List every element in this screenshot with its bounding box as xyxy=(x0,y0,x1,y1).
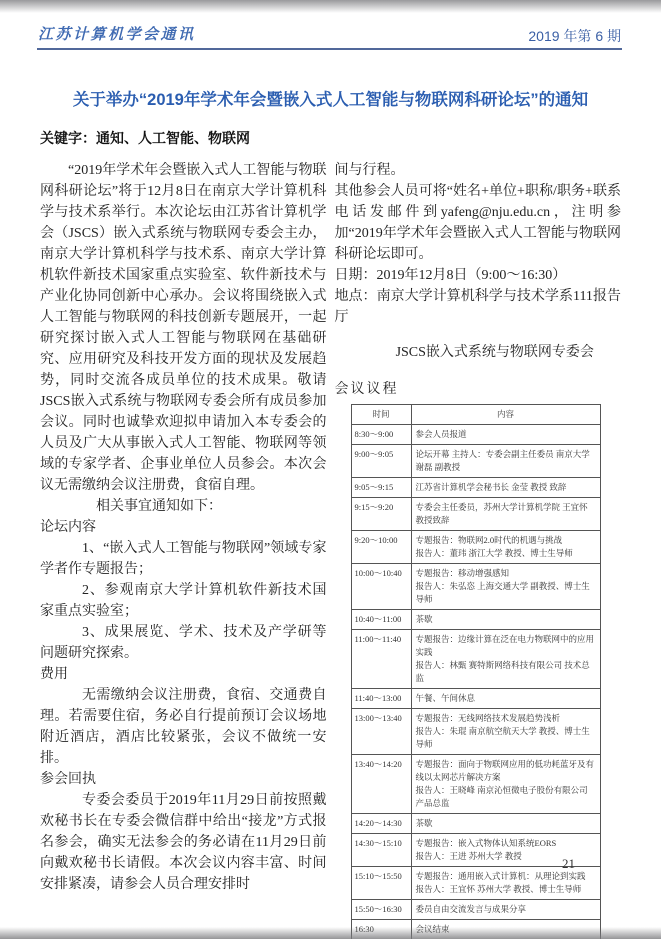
paragraph: 日期：2019年12月8日（9:00～16:30） xyxy=(335,265,622,286)
paragraph: 无需缴纳会议注册费，食宿、交通费自理。若需要住宿，务必自行提前预订会议场地附近酒… xyxy=(40,685,327,769)
schedule-content-cell: 论坛开幕 主持人：专委会副主任委员 南京大学 谢磊 副教授 xyxy=(411,445,600,478)
paragraph: 会议议程 xyxy=(335,379,622,400)
paragraph: 专委会委员于2019年11月29日前按照戴欢秘书长在专委会微信群中给出“接龙”方… xyxy=(40,790,327,895)
header-divider xyxy=(37,48,622,50)
schedule-time-cell: 15:10～15:50 xyxy=(351,867,411,900)
schedule-line: 报告人：董玮 浙江大学 教授、博士生导师 xyxy=(416,547,596,560)
right-column: 间与行程。其他参会人员可将“姓名+单位+职称/职务+联系电话发邮件到yafeng… xyxy=(335,160,622,939)
schedule-row: 8:30～9:00参会人员报道 xyxy=(351,425,600,445)
schedule-row: 11:00～11:40专题报告：边缘计算在泛在电力物联网中的应用实践报告人：林甄… xyxy=(351,630,600,689)
schedule-content-cell: 专题报告：无线网络技术发展趋势浅析报告人：朱琨 南京航空航天大学 教授、博士生导… xyxy=(411,709,600,755)
article-title: 关于举办“2019年学术年会暨嵌入式人工智能与物联网科研论坛”的通知 xyxy=(30,86,631,110)
schedule-line: 专题报告：移动增强感知 xyxy=(416,567,596,580)
schedule-row: 14:20～14:30茶歇 xyxy=(351,814,600,834)
newsletter-page: 江苏计算机学会通讯 2019 年第 6 期 关于举办“2019年学术年会暨嵌入式… xyxy=(0,0,661,939)
schedule-time-cell: 14:20～14:30 xyxy=(351,814,411,834)
paragraph: 费用 xyxy=(40,664,327,685)
schedule-time-cell: 13:40～14:20 xyxy=(351,755,411,814)
schedule-time-cell: 14:30～15:10 xyxy=(351,834,411,867)
schedule-row: 9:00～9:05论坛开幕 主持人：专委会副主任委员 南京大学 谢磊 副教授 xyxy=(351,445,600,478)
paragraph: 相关事宜通知如下： xyxy=(40,496,327,517)
schedule-line: 报告人：王晓峰 南京沁恒微电子股份有限公司 产品总监 xyxy=(416,784,596,810)
schedule-time-cell: 8:30～9:00 xyxy=(351,425,411,445)
schedule-row: 13:40～14:20专题报告：面向于物联网应用的低功耗蓝牙及有线以太网芯片解决… xyxy=(351,755,600,814)
agenda-table-head: 时间 内容 xyxy=(351,405,600,425)
schedule-row: 9:05～9:15江苏省计算机学会秘书长 金莹 教授 致辞 xyxy=(351,478,600,498)
schedule-line: 专题报告：物联网2.0时代的机遇与挑战 xyxy=(416,534,596,547)
schedule-content-cell: 江苏省计算机学会秘书长 金莹 教授 致辞 xyxy=(411,478,600,498)
schedule-content-cell: 委员自由交流发言与成果分享 xyxy=(411,900,600,920)
keywords-line: 关键字：通知、人工智能、物联网 xyxy=(40,128,250,148)
schedule-line: 报告人：王宜怀 苏州大学 教授、博士生导师 xyxy=(416,883,596,896)
schedule-line: 论坛开幕 主持人：专委会副主任委员 南京大学 谢磊 副教授 xyxy=(416,448,596,474)
schedule-line: 茶歇 xyxy=(416,817,596,830)
schedule-line: 委员自由交流发言与成果分享 xyxy=(416,903,596,916)
paragraph: 参会回执 xyxy=(40,769,327,790)
agenda-header-row: 时间 内容 xyxy=(351,405,600,425)
paragraph: 其他参会人员可将“姓名+单位+职称/职务+联系电话发邮件到yafeng@nju.… xyxy=(335,181,622,265)
schedule-row: 10:00～10:40专题报告：移动增强感知报告人：朱弘恣 上海交通大学 副教授… xyxy=(351,564,600,610)
paragraph: 2、参观南京大学计算机软件新技术国家重点实验室； xyxy=(40,580,327,622)
paragraph: 3、成果展览、学术、技术及产学研等问题研究探索。 xyxy=(40,622,327,664)
schedule-line: 专题报告：嵌入式物体认知系统EORS xyxy=(416,837,596,850)
schedule-time-cell: 15:50～16:30 xyxy=(351,900,411,920)
schedule-line: 专题报告：无线网络技术发展趋势浅析 xyxy=(416,712,596,725)
schedule-line: 报告人：朱琨 南京航空航天大学 教授、博士生导师 xyxy=(416,725,596,751)
schedule-time-cell: 10:00～10:40 xyxy=(351,564,411,610)
schedule-time-cell: 10:40～11:00 xyxy=(351,610,411,630)
schedule-content-cell: 专题报告：移动增强感知报告人：朱弘恣 上海交通大学 副教授、博士生导师 xyxy=(411,564,600,610)
schedule-time-cell: 13:00～13:40 xyxy=(351,709,411,755)
schedule-line: 报告人：朱弘恣 上海交通大学 副教授、博士生导师 xyxy=(416,580,596,606)
schedule-time-cell: 9:00～9:05 xyxy=(351,445,411,478)
schedule-row: 9:20～10:00专题报告：物联网2.0时代的机遇与挑战报告人：董玮 浙江大学… xyxy=(351,531,600,564)
agenda-header-content: 内容 xyxy=(411,405,600,425)
paragraph: JSCS嵌入式系统与物联网专委会 xyxy=(335,342,622,363)
schedule-row: 13:00～13:40专题报告：无线网络技术发展趋势浅析报告人：朱琨 南京航空航… xyxy=(351,709,600,755)
schedule-line: 专题报告：边缘计算在泛在电力物联网中的应用实践 xyxy=(416,633,596,659)
schedule-row: 15:50～16:30委员自由交流发言与成果分享 xyxy=(351,900,600,920)
schedule-line: 江苏省计算机学会秘书长 金莹 教授 致辞 xyxy=(416,481,596,494)
schedule-line: 报告人：林甄 赛特斯网络科技有限公司 技术总监 xyxy=(416,659,596,685)
paragraph: “2019年学术年会暨嵌入式人工智能与物联网科研论坛”将于12月8日在南京大学计… xyxy=(40,160,327,496)
paragraph: 1、“嵌入式人工智能与物联网”领域专家学者作专题报告； xyxy=(40,538,327,580)
schedule-row: 10:40～11:00茶歇 xyxy=(351,610,600,630)
schedule-time-cell: 11:40～13:00 xyxy=(351,689,411,709)
schedule-content-cell: 专委会主任委员，苏州大学计算机学院 王宜怀教授致辞 xyxy=(411,498,600,531)
article-body: “2019年学术年会暨嵌入式人工智能与物联网科研论坛”将于12月8日在南京大学计… xyxy=(40,160,621,939)
schedule-content-cell: 茶歇 xyxy=(411,610,600,630)
schedule-time-cell: 11:00～11:40 xyxy=(351,630,411,689)
schedule-time-cell: 9:05～9:15 xyxy=(351,478,411,498)
left-column: “2019年学术年会暨嵌入式人工智能与物联网科研论坛”将于12月8日在南京大学计… xyxy=(40,160,327,939)
top-scan-shadow xyxy=(0,0,661,13)
right-column-text: 间与行程。其他参会人员可将“姓名+单位+职称/职务+联系电话发邮件到yafeng… xyxy=(335,160,622,400)
schedule-time-cell: 9:15～9:20 xyxy=(351,498,411,531)
schedule-content-cell: 午餐、午间休息 xyxy=(411,689,600,709)
schedule-content-cell: 专题报告：面向于物联网应用的低功耗蓝牙及有线以太网芯片解决方案报告人：王晓峰 南… xyxy=(411,755,600,814)
schedule-line: 茶歇 xyxy=(416,613,596,626)
schedule-row: 9:15～9:20专委会主任委员，苏州大学计算机学院 王宜怀教授致辞 xyxy=(351,498,600,531)
schedule-line: 专题报告：面向于物联网应用的低功耗蓝牙及有线以太网芯片解决方案 xyxy=(416,758,596,784)
schedule-content-cell: 茶歇 xyxy=(411,814,600,834)
schedule-line: 午餐、午间休息 xyxy=(416,692,596,705)
paragraph: 间与行程。 xyxy=(335,160,622,181)
schedule-content-cell: 专题报告：边缘计算在泛在电力物联网中的应用实践报告人：林甄 赛特斯网络科技有限公… xyxy=(411,630,600,689)
schedule-row: 11:40～13:00午餐、午间休息 xyxy=(351,689,600,709)
page-number: 21 xyxy=(562,856,575,872)
paragraph: 地点：南京大学计算机科学与技术学系111报告厅 xyxy=(335,286,622,328)
schedule-content-cell: 专题报告：物联网2.0时代的机遇与挑战报告人：董玮 浙江大学 教授、博士生导师 xyxy=(411,531,600,564)
schedule-line: 参会人员报道 xyxy=(416,428,596,441)
schedule-content-cell: 参会人员报道 xyxy=(411,425,600,445)
newsletter-brand: 江苏计算机学会通讯 xyxy=(38,23,196,44)
agenda-header-time: 时间 xyxy=(351,405,411,425)
schedule-time-cell: 9:20～10:00 xyxy=(351,531,411,564)
issue-label: 2019 年第 6 期 xyxy=(528,26,621,46)
bottom-scan-shadow xyxy=(0,927,661,939)
schedule-line: 专委会主任委员，苏州大学计算机学院 王宜怀教授致辞 xyxy=(416,501,596,527)
paragraph: 论坛内容 xyxy=(40,517,327,538)
